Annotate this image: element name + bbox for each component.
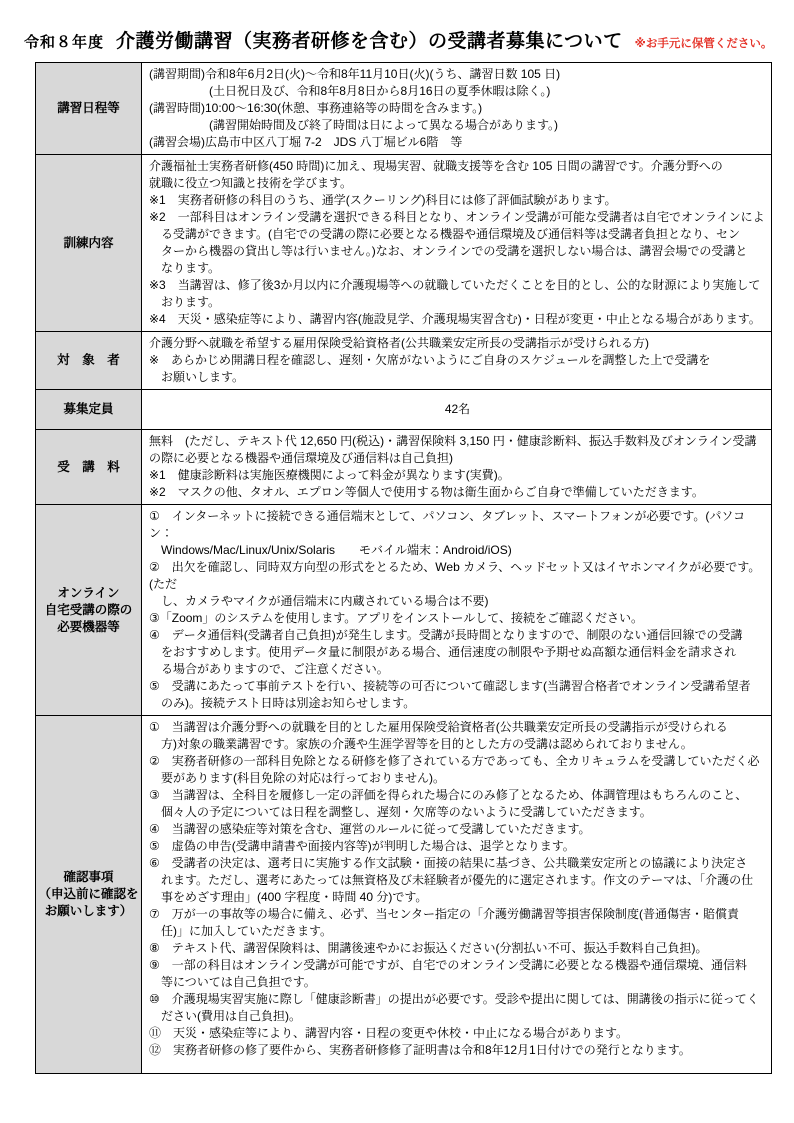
table-row-fee: 受 講 料 無料 (ただし、テキスト代 12,650 円(税込)・講習保険料 3… [36,430,772,505]
row-content-online-equipment: ① インターネットに接続できる通信端末として、パソコン、タブレット、スマートフォ… [142,505,772,716]
row-content-schedule: (講習期間)令和8年6月2日(火)～令和8年11月10日(火)(うち、講習日数 … [142,63,772,155]
page-title: 介護労働講習（実務者研修を含む）の受講者募集について [116,26,623,53]
row-header-training-content: 訓練内容 [36,155,142,332]
row-header-capacity: 募集定員 [36,390,142,430]
row-content-capacity: 42名 [142,390,772,430]
table-row-training-content: 訓練内容 介護福祉士実務者研修(450 時間)に加え、現場実習、就職支援等を含む… [36,155,772,332]
row-header-online-equipment: オンライン 自宅受講の際の 必要機器等 [36,505,142,716]
table-row-schedule: 講習日程等 (講習期間)令和8年6月2日(火)～令和8年11月10日(火)(うち… [36,63,772,155]
table-row-online-equipment: オンライン 自宅受講の際の 必要機器等 ① インターネットに接続できる通信端末と… [36,505,772,716]
keep-at-hand-note: ※お手元に保管ください。 [635,35,773,51]
table-row-eligibility: 対 象 者 介護分野へ就職を希望する雇用保険受給資格者(公共職業安定所長の受講指… [36,332,772,390]
row-header-fee: 受 講 料 [36,430,142,505]
row-header-confirmation-items: 確認事項 （申込前に確認を お願いします） [36,716,142,1074]
row-content-eligibility: 介護分野へ就職を希望する雇用保険受給資格者(公共職業安定所長の受講指示が受けられ… [142,332,772,390]
row-header-schedule: 講習日程等 [36,63,142,155]
info-table: 講習日程等 (講習期間)令和8年6月2日(火)～令和8年11月10日(火)(うち… [35,62,772,1074]
document-page: 令和８年度 介護労働講習（実務者研修を含む）の受講者募集について ※お手元に保管… [0,0,794,1123]
row-header-eligibility: 対 象 者 [36,332,142,390]
row-content-fee: 無料 (ただし、テキスト代 12,650 円(税込)・講習保険料 3,150 円… [142,430,772,505]
row-content-training-content: 介護福祉士実務者研修(450 時間)に加え、現場実習、就職支援等を含む 105 … [142,155,772,332]
title-era: 令和８年度 [24,31,104,52]
table-row-capacity: 募集定員 42名 [36,390,772,430]
document-header: 令和８年度 介護労働講習（実務者研修を含む）の受講者募集について ※お手元に保管… [0,0,794,53]
table-row-confirmation-items: 確認事項 （申込前に確認を お願いします） ① 当講習は介護分野への就職を目的と… [36,716,772,1074]
row-content-confirmation-items: ① 当講習は介護分野への就職を目的とした雇用保険受給資格者(公共職業安定所長の受… [142,716,772,1074]
